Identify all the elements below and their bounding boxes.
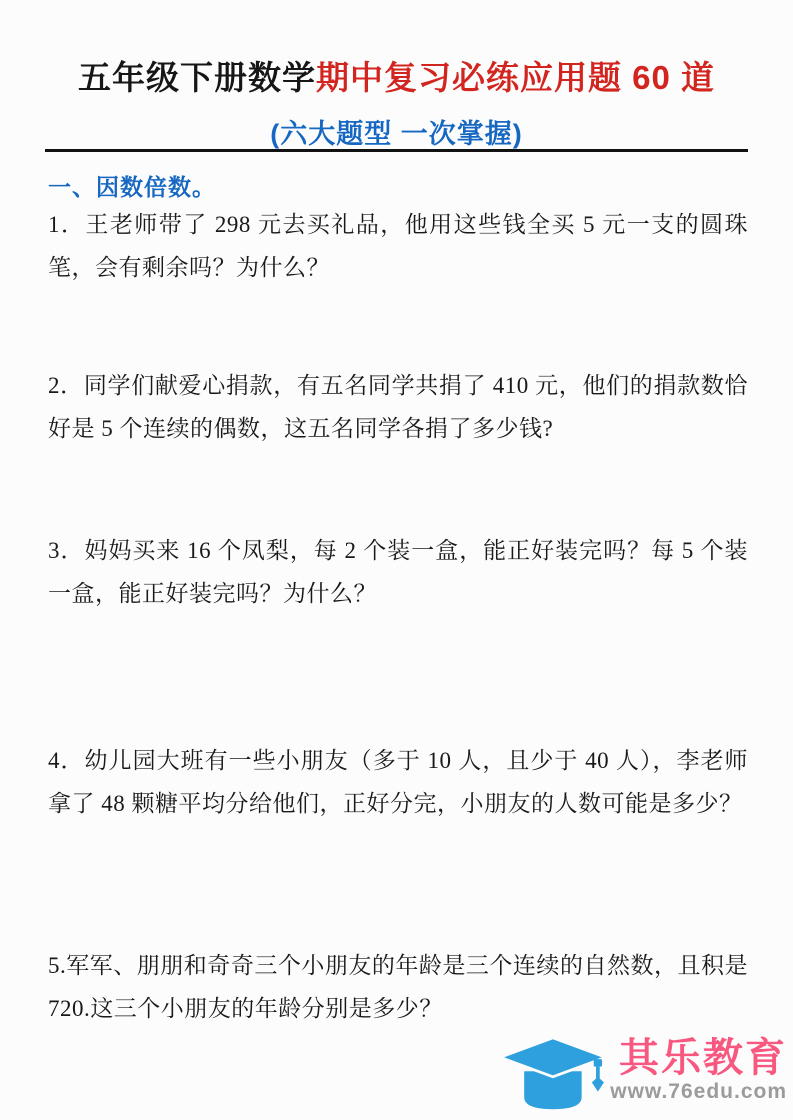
graduation-cap-icon [496, 1036, 608, 1112]
question-4: 4．幼儿园大班有一些小朋友（多于 10 人，且少于 40 人），李老师拿了 48… [48, 739, 748, 825]
header-divider [45, 149, 748, 152]
question-2: 2．同学们献爱心捐款，有五名同学共捐了 410 元，他们的捐款数恰好是 5 个连… [48, 364, 748, 450]
question-3: 3．妈妈买来 16 个凤梨，每 2 个装一盒，能正好装完吗？每 5 个装一盒，能… [48, 529, 748, 615]
brand-url: www.76edu.com [610, 1080, 787, 1104]
page-subtitle: (六大题型 一次掌握) [0, 112, 793, 151]
question-5: 5.军军、朋朋和奇奇三个小朋友的年龄是三个连续的自然数，且积是 720.这三个小… [48, 944, 748, 1030]
page-title: 五年级下册数学期中复习必练应用题 60 道 [0, 56, 793, 100]
section-heading: 一、因数倍数。 [48, 169, 216, 202]
brand-text-block: 其乐教育 www.76edu.com [610, 1036, 787, 1104]
question-1: 1．王老师带了 298 元去买礼品，他用这些钱全买 5 元一支的圆珠笔，会有剩余… [48, 203, 748, 289]
brand-logo: 其乐教育 www.76edu.com [496, 1036, 787, 1112]
title-red-part: 期中复习必练应用题 60 道 [316, 59, 715, 96]
brand-name: 其乐教育 [619, 1036, 787, 1080]
worksheet-page: 五年级下册数学期中复习必练应用题 60 道 (六大题型 一次掌握) 一、因数倍数… [0, 0, 793, 1120]
title-black-part: 五年级下册数学 [78, 59, 316, 96]
